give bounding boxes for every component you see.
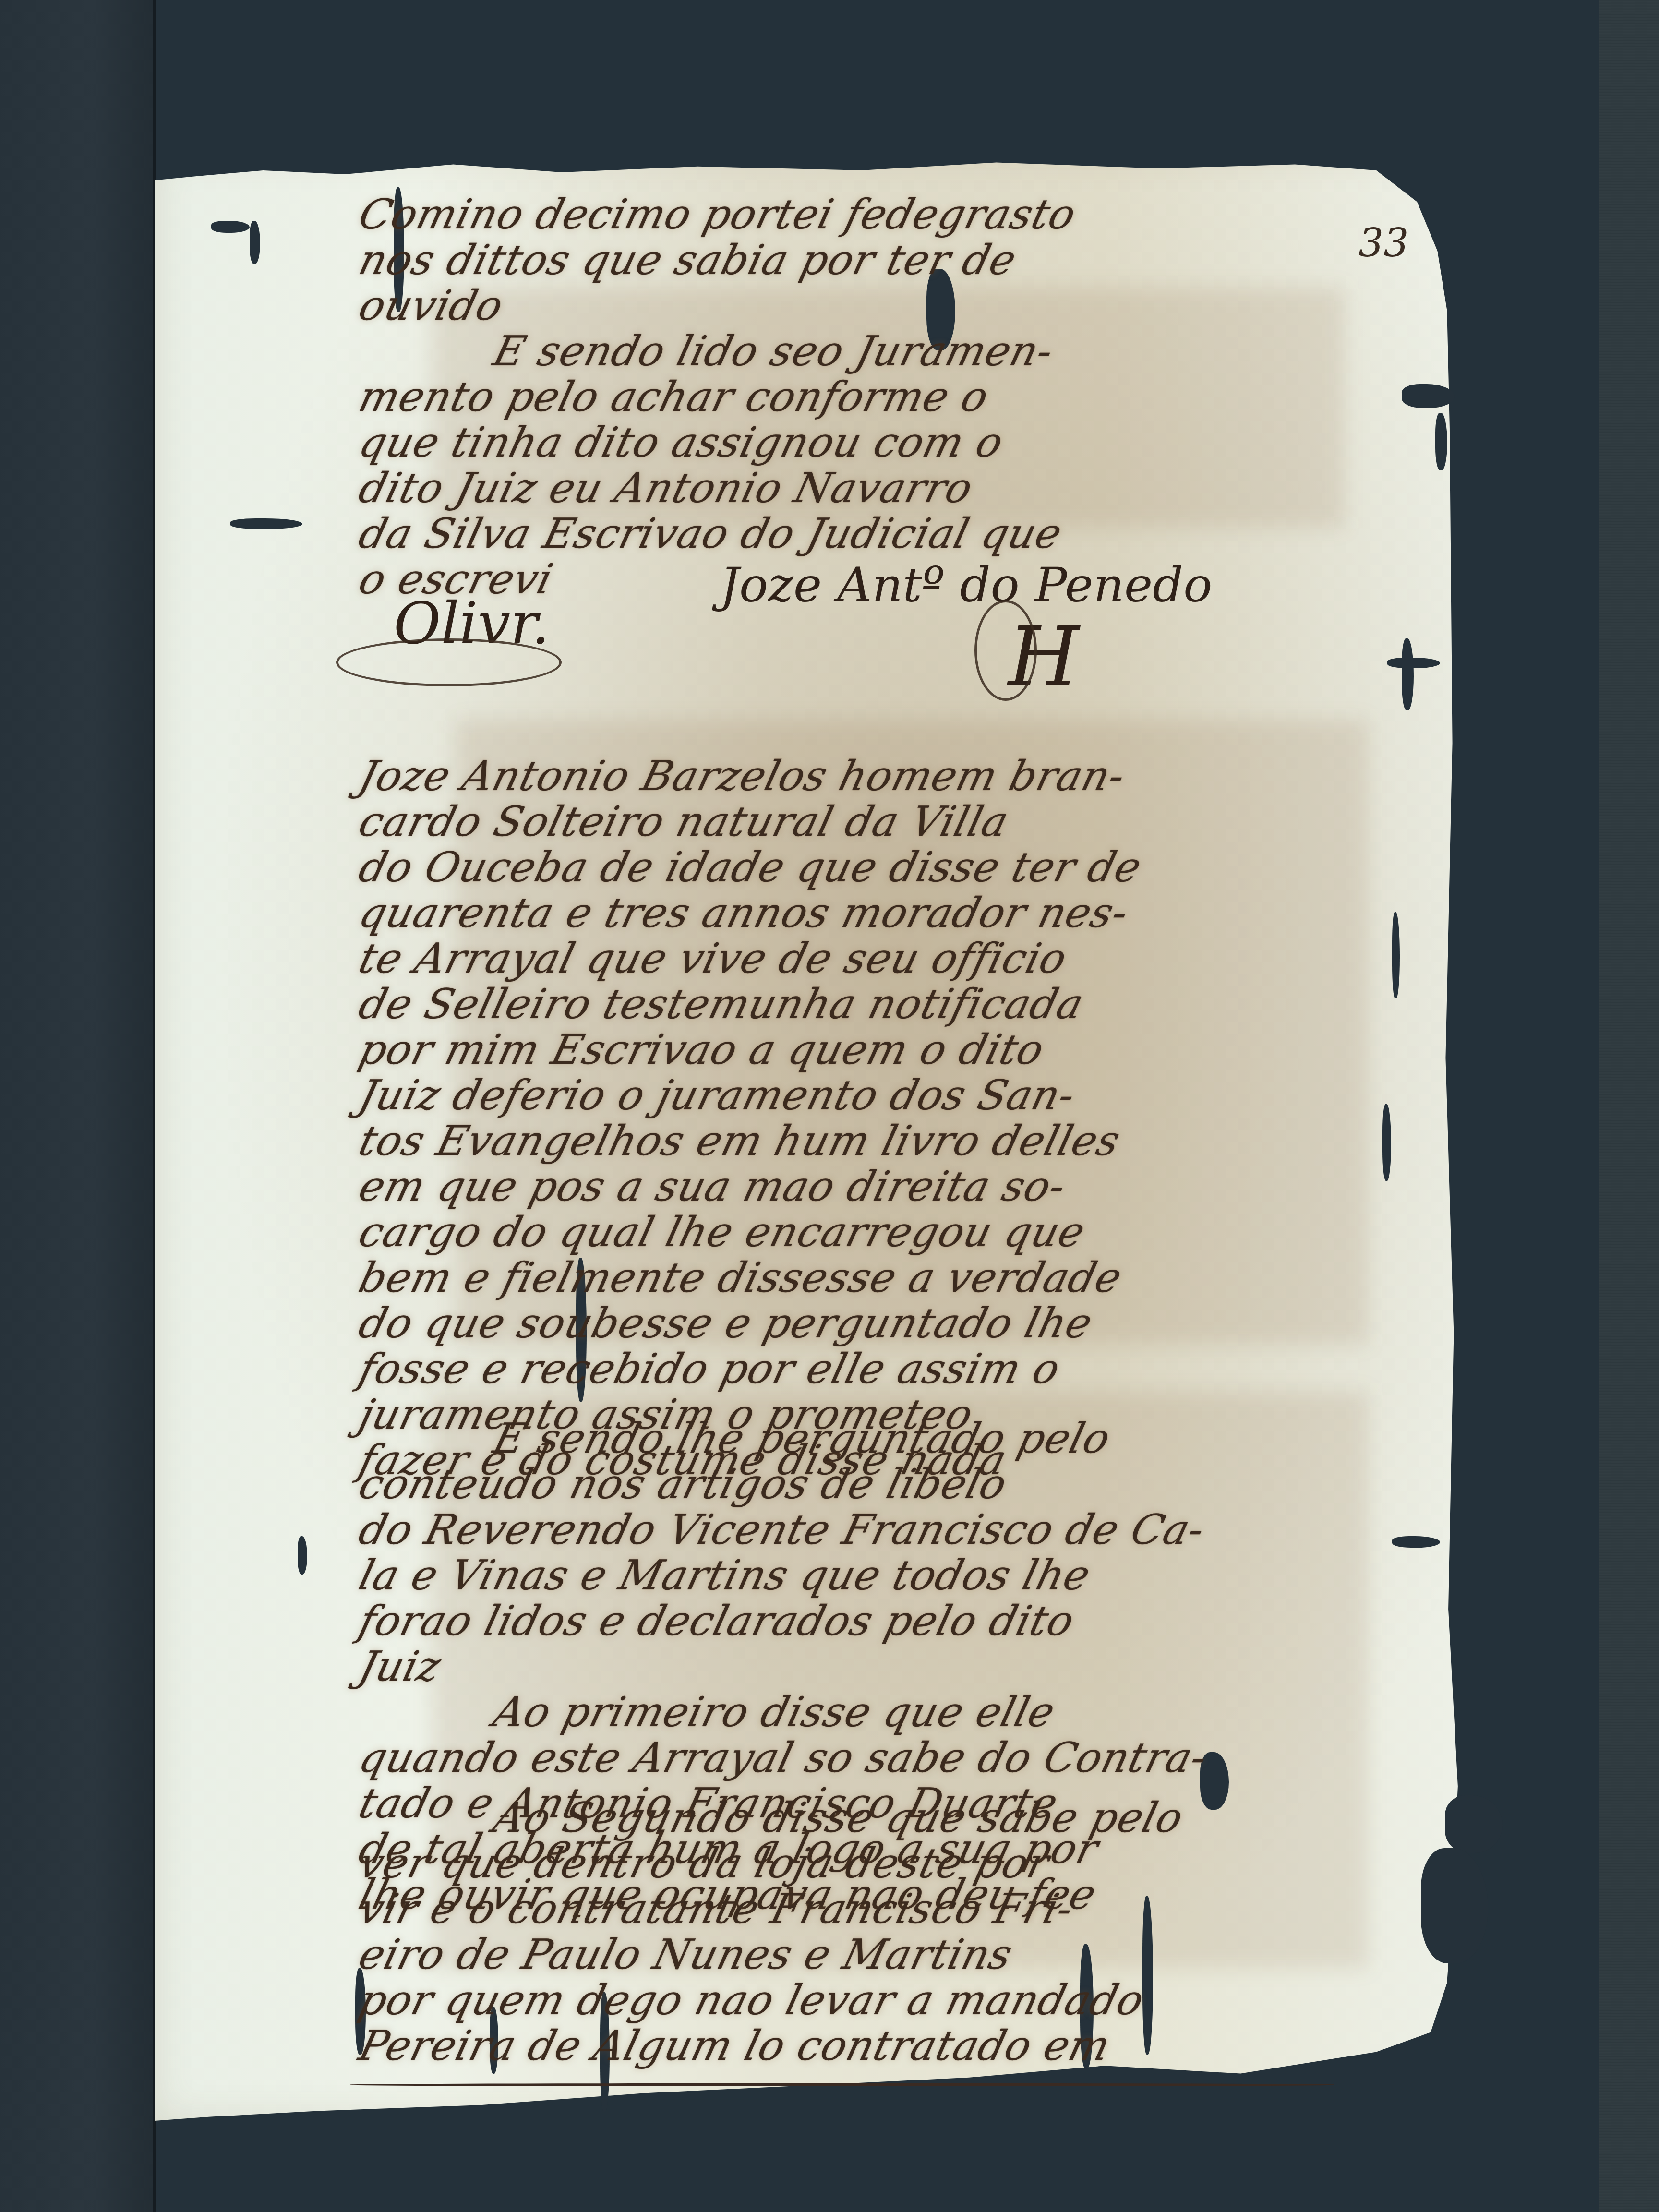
manuscript-line: do que soubesse e perguntado lhe [354, 1301, 1446, 1346]
manuscript-line: ouvido [354, 283, 1446, 329]
manuscript-line: mento pelo achar conforme o [354, 374, 1446, 420]
manuscript-line: forao lidos e declarados pelo dito [354, 1599, 1446, 1644]
manuscript-line: Comino decimo portei fedegrasto [354, 192, 1446, 238]
manuscript-line: bem e fielmente dissesse a verdade [354, 1255, 1446, 1301]
manuscript-line: em que pos a sua mao direita so- [354, 1164, 1446, 1210]
damage-hole [1445, 1795, 1503, 1853]
manuscript-line: de Selleiro testemunha notificada [354, 982, 1446, 1027]
manuscript-line: Juiz deferio o juramento dos San- [354, 1073, 1446, 1118]
manuscript-line: cargo do qual lhe encarregou que [354, 1210, 1446, 1255]
mount-left-strip [0, 0, 154, 2212]
manuscript-line: eiro de Paulo Nunes e Martins [354, 1932, 1446, 1978]
manuscript-line: que tinha dito assignou com o [354, 420, 1446, 466]
closing-line-flourish [350, 2083, 1334, 2086]
manuscript-line: Pereira de Algum lo contratado em [354, 2023, 1446, 2069]
manuscript-line: do Ouceba de idade que disse ter de [354, 845, 1446, 890]
manuscript-line: dito Juiz eu Antonio Navarro [354, 466, 1446, 511]
manuscript-line: do Reverendo Vicente Francisco de Ca- [354, 1507, 1446, 1553]
damage-hole [211, 221, 250, 233]
damage-hole [230, 518, 302, 529]
damage-hole [1402, 638, 1414, 710]
manuscript-line: ver que dentro da loja deste por [354, 1841, 1446, 1887]
manuscript-line: quarenta e tres annos morador nes- [354, 890, 1446, 936]
manuscript-line: Juiz [354, 1644, 1446, 1690]
manuscript-line: vir e o contratante Francisco Fri- [354, 1887, 1446, 1932]
manuscript-line: tos Evangelhos em hum livro delles [354, 1118, 1446, 1164]
signature-right: Joze Antº do Penedo [720, 557, 1212, 613]
manuscript-line: quando este Arrayal so sabe do Contra- [354, 1735, 1446, 1781]
manuscript-line: cardo Solteiro natural da Villa [354, 799, 1446, 845]
damage-hole [250, 221, 260, 264]
manuscript-line: por mim Escrivao a quem o dito [354, 1027, 1446, 1073]
manuscript-line: conteudo nos artigos de libelo [354, 1462, 1446, 1507]
manuscript-line: por quem dego nao levar a mandado [354, 1978, 1446, 2023]
manuscript-line: da Silva Escrivao do Judicial que [354, 511, 1446, 557]
signature-flourish [336, 638, 562, 686]
manuscript-line: Joze Antonio Barzelos homem bran- [354, 754, 1446, 799]
manuscript-line: E sendo lhe perguntado pelo [354, 1416, 1446, 1462]
manuscript-line: Ao primeiro disse que elle [354, 1690, 1446, 1735]
manuscript-line: te Arrayal que vive de seu officio [354, 936, 1446, 982]
manuscript-line: nos dittos que sabia por ter de [354, 238, 1446, 283]
damage-hole [1387, 658, 1440, 668]
damage-hole [298, 1536, 307, 1575]
manuscript-line: Ao Segundo disse que sabe pelo [354, 1795, 1446, 1841]
mount-right-strip [1599, 0, 1659, 2212]
manuscript-text-part4: Ao Segundo disse que sabe pelo ver que d… [360, 1795, 1440, 2069]
signature-flourish [974, 600, 1037, 701]
manuscript-line: fosse e recebido por elle assim o [354, 1346, 1446, 1392]
manuscript-text-part1: Comino decimo portei fedegrasto nos ditt… [360, 192, 1440, 602]
manuscript-line: E sendo lido seo Juramen- [354, 329, 1446, 374]
manuscript-line: la e Vinas e Martins que todos lhe [354, 1553, 1446, 1599]
manuscript-text-part2: Joze Antonio Barzelos homem bran- cardo … [360, 754, 1440, 1483]
